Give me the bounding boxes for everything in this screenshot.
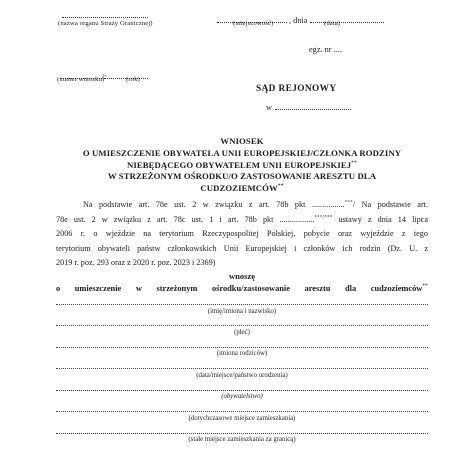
- legal-basis-line-3: 2006 r. o wjeździe na terytorium Rzeczyp…: [56, 227, 428, 242]
- motion-verb: wnoszę: [56, 271, 428, 281]
- field-label: (dotychczasowe miejsce zamieszkania): [56, 415, 428, 422]
- legal-basis-line-2: 78e ust. 2 w związku z art. 78c ust. 1 i…: [56, 213, 428, 228]
- field-fill-line: [56, 433, 428, 434]
- title-line-4: W STRZEŻONYM OŚRODKU/O ZASTOSOWANIE ARES…: [56, 171, 428, 183]
- court-location-line: w: [266, 102, 351, 112]
- application-number-label: (numer wniosku)*: [57, 76, 107, 83]
- personal-data-fields: (imię/imiona i nazwisko) (płeć) (imiona …: [56, 304, 428, 452]
- court-location-blank-line: [275, 102, 351, 110]
- date-label: (data): [324, 20, 340, 27]
- legal-basis-line-4: terytorium obywateli państw członkowskic…: [56, 242, 428, 257]
- date-blank-line: [310, 15, 384, 23]
- dnia-text: , dnia: [289, 16, 307, 25]
- form-field-row-birth: (data/miejsce/państwo urodzenia): [56, 368, 428, 389]
- motion-statement-text: o umieszczenie w strzeżonym ośrodku/zast…: [56, 284, 422, 293]
- field-label: (imię/imiona i nazwisko): [56, 308, 428, 315]
- title-line-3-text: NIEBĘDĄCEGO OBYWATELEM UNII EUROPEJSKIEJ: [127, 160, 351, 170]
- field-fill-line: [56, 347, 428, 348]
- document-page: (nazwa organu Straży Granicznej) , dnia …: [0, 0, 452, 452]
- court-name: SĄD REJONOWY: [256, 84, 336, 94]
- application-number-footnote-mark: *: [104, 74, 106, 79]
- title-line-5: CUDZOZIEMCÓW**: [56, 183, 428, 195]
- form-field-row-permanent-residence-abroad: (stałe miejsce zamieszkania za granicą): [56, 433, 428, 452]
- legal-text: ustawy z dnia 14 lipca: [333, 215, 428, 224]
- form-field-row-citizenship: (obywatelstwo): [56, 390, 428, 411]
- title-footnote-mark-2: **: [278, 183, 284, 189]
- field-fill-line: [56, 368, 428, 369]
- point-blank-dots: ................: [312, 200, 345, 209]
- legal-basis-line-1: Na podstawie art. 78e ust. 2 w związku z…: [56, 198, 428, 213]
- field-fill-line: [56, 325, 428, 326]
- field-label: (stałe miejsce zamieszkania za granicą): [56, 436, 428, 443]
- point-blank-dots: .................: [280, 215, 315, 224]
- title-footnote-mark: **: [351, 160, 357, 166]
- field-label: (data/miejsce/państwo urodzenia): [56, 372, 428, 379]
- legal-basis-paragraph: Na podstawie art. 78e ust. 2 w związku z…: [56, 198, 428, 271]
- place-label: (miejscowość): [233, 20, 273, 27]
- field-fill-line: [56, 411, 428, 412]
- title-line-3: NIEBĘDĄCEGO OBYWATELEM UNII EUROPEJSKIEJ…: [56, 160, 428, 172]
- application-number-label-text: (numer wniosku): [57, 76, 104, 83]
- legal-text: 78e ust. 2 w związku z art. 78c ust. 1 i…: [56, 215, 280, 224]
- title-line-5-text: CUDZOZIEMCÓW: [200, 183, 277, 193]
- copy-number: egz. nr ....: [309, 45, 342, 54]
- field-label: (obywatelstwo): [56, 393, 428, 400]
- field-fill-line: [56, 390, 428, 391]
- field-label: (płeć): [56, 329, 428, 336]
- footnote-mark: ***/***: [314, 215, 332, 220]
- form-field-row-sex: (płeć): [56, 325, 428, 346]
- legal-text: Na podstawie art. 78e ust. 2 w związku z…: [83, 200, 312, 209]
- form-field-row-current-residence: (dotychczasowe miejsce zamieszkania): [56, 411, 428, 432]
- form-field-row-name: (imię/imiona i nazwisko): [56, 304, 428, 325]
- legal-text: / Na podstawie art.: [353, 200, 428, 209]
- motion-footnote-mark: **: [422, 284, 428, 289]
- title-line-2: O UMIESZCZENIE OBYWATELA UNII EUROPEJSKI…: [56, 148, 428, 160]
- footnote-mark: ***: [345, 200, 353, 205]
- form-field-row-parents: (imiona rodziców): [56, 347, 428, 368]
- field-fill-line: [56, 304, 428, 305]
- year-label: (rok): [126, 76, 140, 83]
- legal-basis-line-5: 2019 r. poz. 293 oraz z 2020 r. poz. 202…: [56, 256, 428, 271]
- motion-statement: o umieszczenie w strzeżonym ośrodku/zast…: [56, 284, 428, 293]
- border-guard-org-label: (nazwa organu Straży Granicznej): [58, 20, 153, 27]
- field-label: (imiona rodziców): [56, 350, 428, 357]
- document-title: WNIOSEK O UMIESZCZENIE OBYWATELA UNII EU…: [56, 136, 428, 195]
- court-w-text: w: [266, 103, 272, 112]
- border-guard-org-blank-line: [62, 10, 148, 18]
- title-line-1: WNIOSEK: [56, 136, 428, 148]
